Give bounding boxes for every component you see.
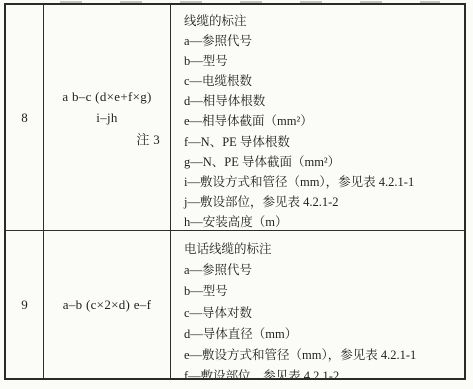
- legend-item: a—参照代号: [184, 31, 460, 51]
- document-page: 8 a b–c (d×e+f×g) i–jh 注 3 线缆的标注 a—参照代号 …: [0, 0, 473, 389]
- description-title: 线缆的标注: [184, 11, 460, 31]
- legend-item: e—相导体截面（mm²）: [184, 111, 460, 131]
- legend-item: d—导体直径（mm）: [184, 324, 460, 345]
- telephone-cable-formula: a–b (c×2×d) e–f: [44, 294, 170, 315]
- note-reference: 注 3: [44, 129, 170, 150]
- description-title: 电话线缆的标注: [184, 239, 460, 260]
- row-8-number-cell: 8: [6, 5, 44, 231]
- row-9-number-cell: 9: [6, 231, 44, 378]
- notation-table: 8 a b–c (d×e+f×g) i–jh 注 3 线缆的标注 a—参照代号 …: [4, 3, 466, 380]
- legend-item: f—N、PE 导体根数: [184, 132, 460, 152]
- legend-item: c—导体对数: [184, 303, 460, 324]
- legend-item: e—敷设方式和管径（mm），参见表 4.2.1-1: [184, 345, 460, 366]
- row-8-formula-cell: a b–c (d×e+f×g) i–jh 注 3: [44, 5, 171, 231]
- legend-item: b—型号: [184, 281, 460, 302]
- row-8-description-cell: 线缆的标注 a—参照代号 b—型号 c—电缆根数 d—相导体根数 e—相导体截面…: [171, 5, 464, 231]
- legend-item: j—敷设部位，参见表 4.2.1-2: [184, 192, 460, 212]
- row-9-description-cell: 电话线缆的标注 a—参照代号 b—型号 c—导体对数 d—导体直径（mm） e—…: [171, 231, 464, 378]
- row-9-formula-cell: a–b (c×2×d) e–f: [44, 231, 171, 378]
- legend-item: h—安装高度（m）: [184, 212, 460, 231]
- legend-item: d—相导体根数: [184, 91, 460, 111]
- legend-item: i—敷设方式和管径（mm），参见表 4.2.1-1: [184, 172, 460, 192]
- cable-formula-line-2: i–jh: [44, 107, 170, 128]
- legend-item: a—参照代号: [184, 260, 460, 281]
- row-number: 8: [21, 110, 28, 126]
- row-number: 9: [21, 297, 28, 313]
- legend-item: f—敷设部位，参见表 4.2.1-2: [184, 366, 460, 378]
- legend-item: c—电缆根数: [184, 71, 460, 91]
- legend-item: g—N、PE 导体截面（mm²）: [184, 152, 460, 172]
- legend-item: b—型号: [184, 51, 460, 71]
- cable-formula-line-1: a b–c (d×e+f×g): [44, 86, 170, 107]
